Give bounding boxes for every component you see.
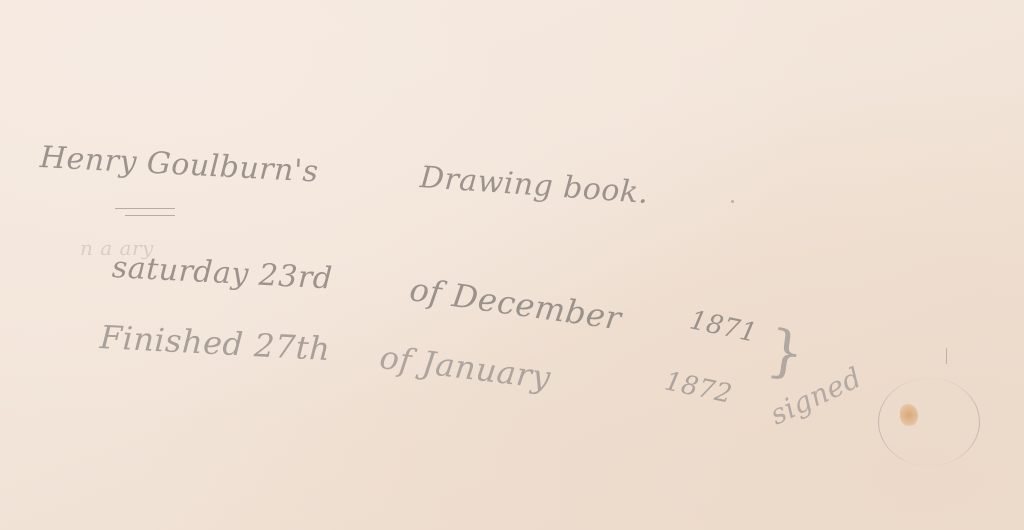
start-date-day: saturday 23rd [111,250,333,297]
finish-date-month: of January [378,338,553,397]
curly-brace: } [764,318,809,387]
start-date-month: of December [407,270,624,337]
pencil-tick [946,348,947,364]
finish-date-day: Finished 27th [99,318,331,368]
title-owner-name: Henry Goulburn's [39,140,319,190]
stain-mark [900,404,918,426]
start-date-year: 1871 [687,305,760,349]
paper-page: Henry Goulburn's Drawing book. n a ary s… [0,0,1024,530]
stray-dot [731,200,734,203]
title-drawing-book: Drawing book. [419,160,650,211]
name-underline-1 [115,208,175,209]
seal-outline [878,378,980,466]
finish-date-year: 1872 [662,366,735,410]
name-underline-2 [125,215,175,216]
